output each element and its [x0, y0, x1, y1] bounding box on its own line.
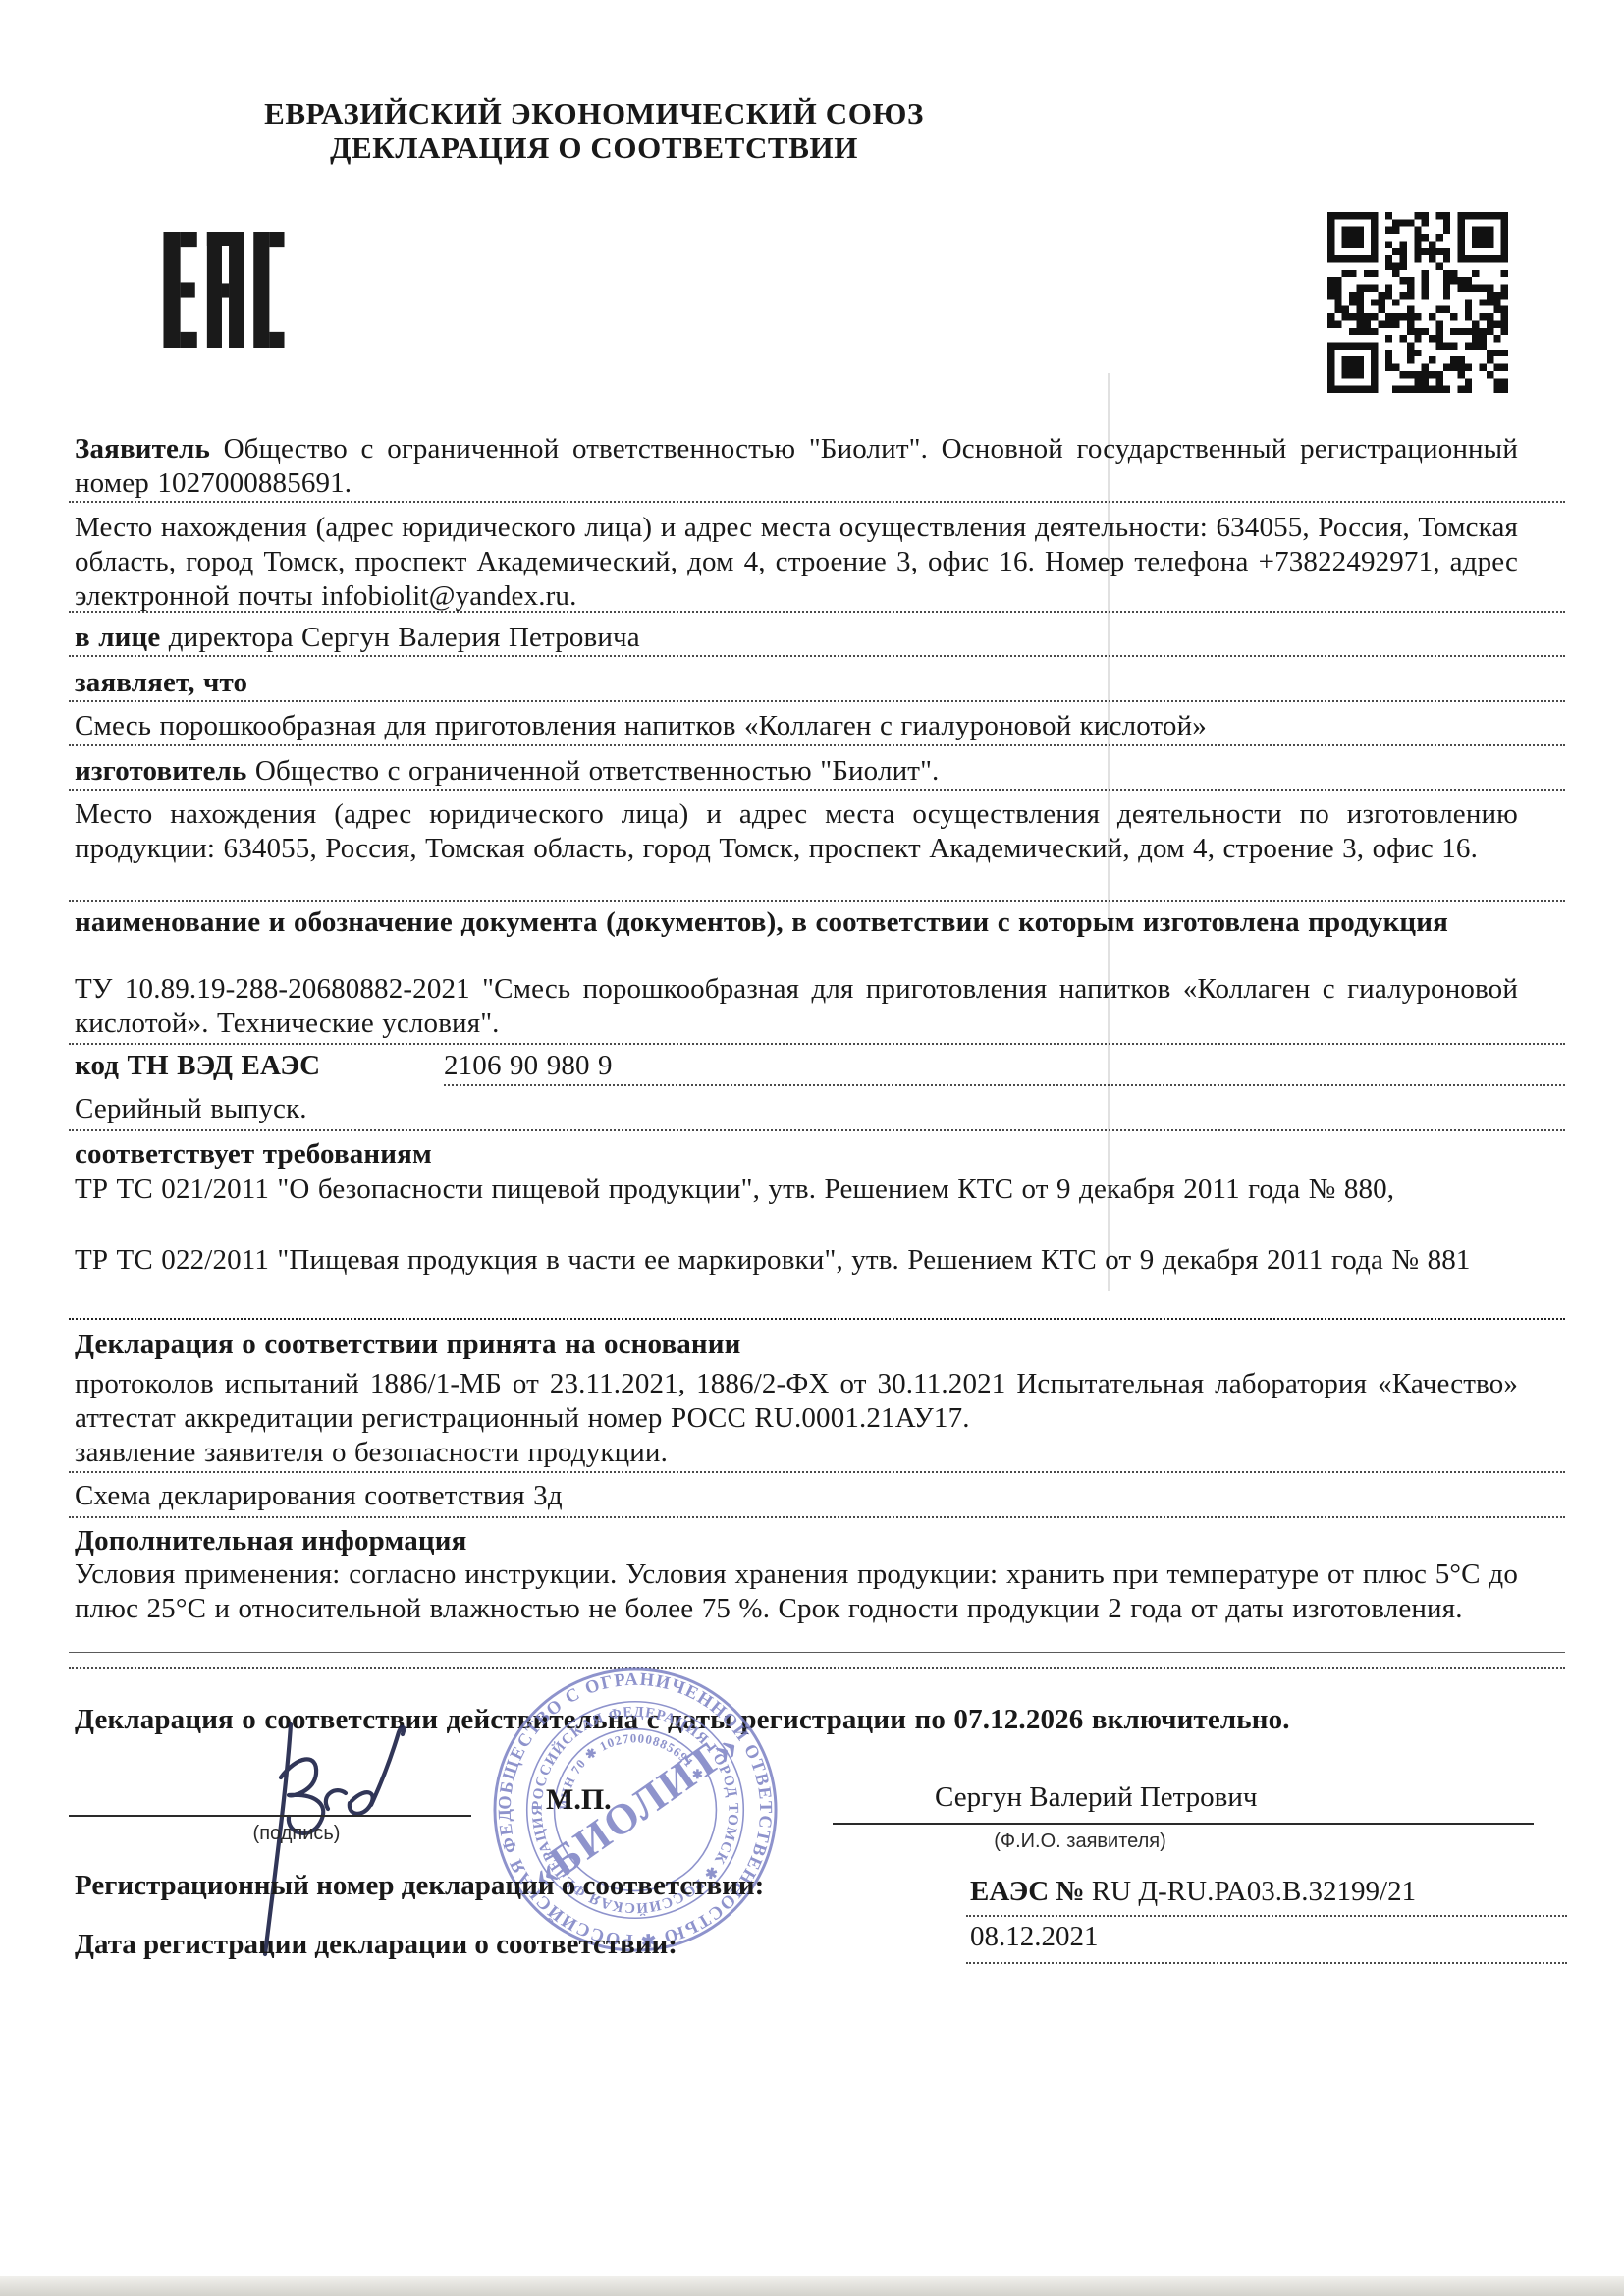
field-conditions-text: Условия применения: согласно инструкции.…: [75, 1558, 1518, 1624]
field-in-person-label: в лице: [75, 622, 160, 653]
document-title-line1: ЕВРАЗИЙСКИЙ ЭКОНОМИЧЕСКИЙ СОЮЗ: [88, 96, 1100, 131]
registration-number-value: ЕАЭС № RU Д-RU.РА03.В.32199/21: [970, 1876, 1416, 1908]
field-address-manufacturer-text: Место нахождения (адрес юридического лиц…: [75, 798, 1518, 864]
field-tr1-text: ТР ТС 021/2011 "О безопасности пищевой п…: [75, 1174, 1394, 1205]
separator-line: [966, 1962, 1567, 1964]
separator-line: [69, 700, 1565, 702]
separator-line: [69, 1652, 1565, 1653]
qr-code: [1327, 212, 1508, 393]
field-serial-text: Серийный выпуск.: [75, 1093, 307, 1124]
declaration-document: ЕВРАЗИЙСКИЙ ЭКОНОМИЧЕСКИЙ СОЮЗ ДЕКЛАРАЦИ…: [0, 0, 1624, 2296]
separator-line: [69, 1471, 1565, 1473]
field-conditions: Условия применения: согласно инструкции.…: [75, 1558, 1518, 1626]
separator-line: [69, 655, 1565, 657]
registration-number-rest: RU Д-RU.РА03.В.32199/21: [1085, 1876, 1417, 1907]
field-applicant-text: Общество с ограниченной ответственностью…: [75, 433, 1518, 499]
field-protocols: протоколов испытаний 1886/1-МБ от 23.11.…: [75, 1367, 1518, 1436]
field-tu: ТУ 10.89.19-288-20680882-2021 "Смесь пор…: [75, 972, 1518, 1041]
field-complies-header: соответствует требованиям: [75, 1137, 1518, 1172]
field-applicant-label: Заявитель: [75, 433, 210, 465]
separator-line: [69, 611, 1565, 613]
separator-line: [69, 1516, 1565, 1518]
field-additional-header: Дополнительная информация: [75, 1524, 1518, 1558]
stamp-place-label: М.П.: [546, 1783, 612, 1817]
fullname-caption: (Ф.И.О. заявителя): [982, 1831, 1178, 1853]
field-complies-label: соответствует требованиям: [75, 1138, 432, 1170]
field-product-text: Смесь порошкообразная для приготовления …: [75, 710, 1207, 741]
field-tnved-label: код ТН ВЭД ЕАЭС: [75, 1049, 438, 1083]
field-scheme: Схема декларирования соответствия 3д: [75, 1479, 1518, 1513]
field-basis-header-label: Декларация о соответствии принята на осн…: [75, 1329, 741, 1360]
separator-line: [69, 744, 1565, 746]
field-manufacturer-text: Общество с ограниченной ответственностью…: [246, 755, 939, 787]
field-tr1: ТР ТС 021/2011 "О безопасности пищевой п…: [75, 1173, 1518, 1207]
separator-line: [69, 900, 1565, 902]
separator-line: [444, 1084, 1565, 1086]
registration-date-label: Дата регистрации декларации о соответств…: [75, 1929, 677, 1961]
field-product: Смесь порошкообразная для приготовления …: [75, 709, 1518, 743]
separator-line: [69, 1043, 1565, 1045]
scan-edge-shadow: [0, 2276, 1624, 2296]
signature-caption: (подпись): [228, 1823, 365, 1845]
field-address-applicant: Место нахождения (адрес юридического лиц…: [75, 511, 1518, 614]
field-doc-header: наименование и обозначение документа (до…: [75, 905, 1518, 940]
eac-mark-icon: [163, 232, 285, 348]
field-address-applicant-text: Место нахождения (адрес юридического лиц…: [75, 512, 1518, 612]
applicant-fullname: Сергун Валерий Петрович: [935, 1781, 1257, 1814]
registration-date-value: 08.12.2021: [970, 1921, 1099, 1953]
separator-line: [69, 1129, 1565, 1131]
field-statement-text: заявление заявителя о безопасности проду…: [75, 1437, 668, 1468]
field-serial: Серийный выпуск.: [75, 1092, 1518, 1126]
field-manufacturer-label: изготовитель: [75, 755, 246, 787]
field-manufacturer: изготовитель Общество с ограниченной отв…: [75, 754, 1518, 789]
separator-line: [966, 1915, 1567, 1917]
field-tr2-text: ТР ТС 022/2011 "Пищевая продукция в част…: [75, 1244, 1471, 1276]
registration-number-prefix: ЕАЭС №: [970, 1876, 1085, 1907]
separator-line: [69, 1667, 1565, 1669]
field-basis-header: Декларация о соответствии принята на осн…: [75, 1328, 1518, 1362]
field-additional-header-label: Дополнительная информация: [75, 1525, 466, 1557]
document-title-line2: ДЕКЛАРАЦИЯ О СООТВЕТСТВИИ: [88, 131, 1100, 165]
company-stamp: ОБЩЕСТВО С ОГРАНИЧЕННОЙ ОТВЕТСТВЕННОСТЬЮ…: [489, 1664, 782, 1956]
separator-line: [69, 1318, 1565, 1320]
field-doc-header-label: наименование и обозначение документа (до…: [75, 906, 1448, 938]
field-address-manufacturer: Место нахождения (адрес юридического лиц…: [75, 797, 1518, 866]
separator-line: [69, 501, 1565, 503]
field-tnved-value: 2106 90 980 9: [444, 1049, 1033, 1083]
field-protocols-text: протоколов испытаний 1886/1-МБ от 23.11.…: [75, 1368, 1518, 1434]
registration-number-label: Регистрационный номер декларации о соотв…: [75, 1870, 764, 1902]
field-in-person: в лице директора Сергун Валерия Петрович…: [75, 621, 1518, 655]
field-declares: заявляет, что: [75, 666, 1518, 700]
separator-line: [69, 789, 1565, 791]
field-tu-text: ТУ 10.89.19-288-20680882-2021 "Смесь пор…: [75, 973, 1518, 1039]
field-in-person-text: директора Сергун Валерия Петровича: [160, 622, 639, 653]
field-applicant: Заявитель Общество с ограниченной ответс…: [75, 432, 1518, 501]
field-scheme-text: Схема декларирования соответствия 3д: [75, 1480, 563, 1511]
field-declares-label: заявляет, что: [75, 667, 247, 698]
fullname-line: [833, 1823, 1534, 1825]
field-tr2: ТР ТС 022/2011 "Пищевая продукция в част…: [75, 1243, 1518, 1278]
signature-line: [69, 1815, 471, 1817]
field-statement: заявление заявителя о безопасности проду…: [75, 1436, 1518, 1470]
